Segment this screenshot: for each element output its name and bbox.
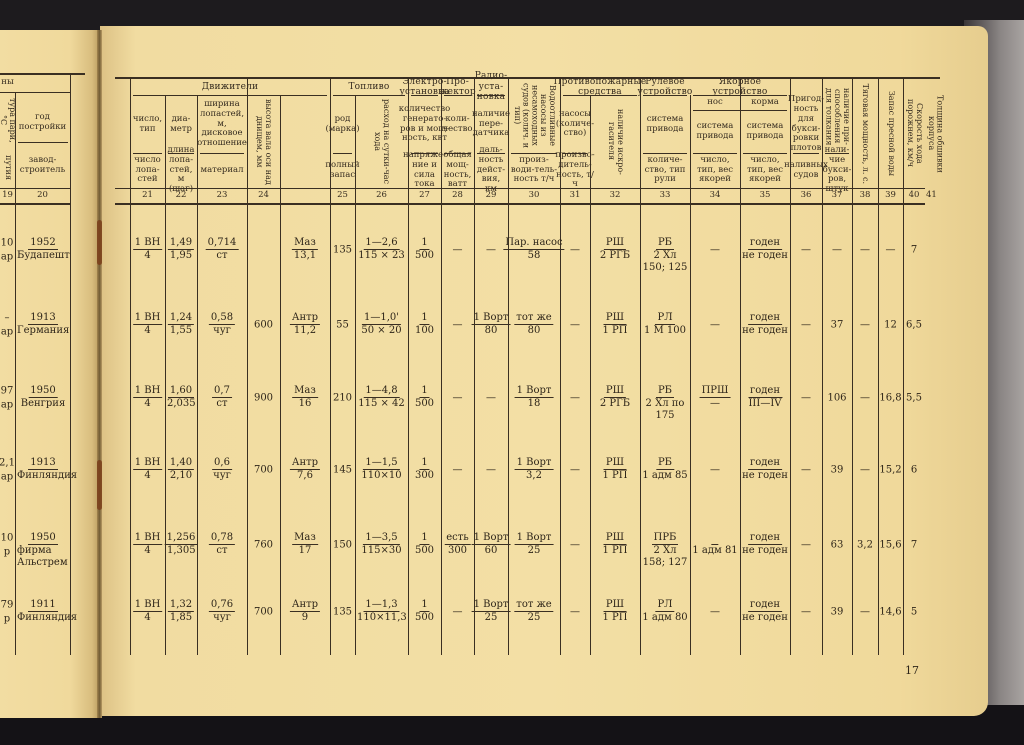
table-cell-c28: 1500 <box>413 599 436 624</box>
denominator: 1,85 <box>168 612 194 624</box>
group-header-electrical: Электро-установка <box>408 79 441 95</box>
column-header-27-top: количество генерато-ров и мощ-ность, квт <box>408 97 441 152</box>
numerator: 0,76 <box>209 599 235 612</box>
column-rule <box>852 77 853 655</box>
table-cell-c40: 15,2 <box>879 465 901 476</box>
table-cell-c26: 210 <box>333 393 352 404</box>
table-cell-c27: 1—3,5115×30 <box>359 532 403 557</box>
table-cell-c34: РЛ1 адм 80 <box>640 599 689 624</box>
numerator: РШ <box>604 599 626 612</box>
table-rule <box>511 153 557 154</box>
left-partial-value-top: – <box>5 313 10 324</box>
table-cell-c21: 1 ВН4 <box>133 385 163 410</box>
table-cell-c37: — <box>801 607 811 618</box>
numerator: ПРБ <box>652 532 679 545</box>
numerator: Пар. насос <box>503 237 564 250</box>
group-header-anchor-bow: нос <box>690 96 740 110</box>
table-cell-c38: 39 <box>831 465 844 476</box>
table-cell-c35: — <box>710 245 720 256</box>
column-rule <box>474 77 475 655</box>
table-cell-c32: — <box>570 320 580 331</box>
numerator: годен <box>748 312 782 325</box>
table-cell-c38: 39 <box>831 607 844 618</box>
build-year: 1950 <box>28 532 57 545</box>
denominator: 300 <box>446 545 469 557</box>
left-partial-header-bottom-text: путия <box>3 156 12 181</box>
table-cell-c32: — <box>570 393 580 404</box>
left-partial-header-top-text: тура пари, °C <box>0 95 16 145</box>
table-cell-c26: 150 <box>333 540 352 551</box>
column-header-37-bottom: нали-чие букси-ров, штук <box>822 155 852 186</box>
numerator: РШ <box>604 237 626 250</box>
numerator: годен <box>748 532 782 545</box>
denominator: 50 × 20 <box>359 325 403 337</box>
table-cell-c35: — <box>710 320 720 331</box>
table-rule <box>0 203 70 205</box>
column-rule <box>903 77 904 655</box>
column-number-27: 27 <box>408 188 441 203</box>
column-rule <box>822 77 823 655</box>
denominator: не годен <box>740 325 790 337</box>
column-number-20: 20 <box>15 189 70 203</box>
table-cell-c36: годенне годен <box>740 457 790 482</box>
numerator: РШ <box>604 385 626 398</box>
table-cell-c28: 1100 <box>413 312 436 337</box>
numerator: 1—1,3 <box>363 599 399 612</box>
numerator: 1 Ворт <box>472 599 511 612</box>
left-year-builder: 1913Германия <box>15 312 71 337</box>
denominator: чуг <box>211 470 233 482</box>
denominator: 500 <box>413 612 436 624</box>
table-cell-c22: 1,602,035 <box>165 385 197 410</box>
denominator: 115 × 23 <box>356 250 407 262</box>
table-cell-c25: Антр11,2 <box>290 312 320 337</box>
column-rule <box>508 77 509 655</box>
table-cell-c34: РБ2 Хл по 175 <box>640 385 690 421</box>
denominator: не годен <box>740 250 790 262</box>
table-cell-c28: 1500 <box>413 532 436 557</box>
numerator: годен <box>748 237 782 250</box>
table-cell-c40: 16,8 <box>879 393 901 404</box>
column-header-27-bottom: напряже-ние и сила тока <box>408 155 441 186</box>
numerator: 1,24 <box>168 312 194 325</box>
numerator: 0,714 <box>206 237 239 250</box>
numerator: годен <box>748 385 782 398</box>
group-header-engines: Движители <box>130 79 330 95</box>
builder: фирма Альстрем <box>15 545 71 569</box>
table-rule <box>333 95 405 96</box>
table-cell-c22: 1,241,55 <box>168 312 194 337</box>
denominator: 25 <box>483 612 500 624</box>
table-cell-c28: 1500 <box>413 385 436 410</box>
denominator: 2 Хл 150; 125 <box>640 250 690 274</box>
column-header-37-top-text: наличие при-способления для толкания <box>824 81 850 152</box>
table-cell-c37: — <box>801 320 811 331</box>
denominator: ст <box>214 250 229 262</box>
column-rule <box>408 77 409 655</box>
left-partial-value-top: 79 <box>1 600 14 611</box>
table-cell-c31: тот же80 <box>514 312 553 337</box>
table-cell-c25: Маз16 <box>292 385 318 410</box>
table-cell-c41: 5,5 <box>906 393 922 404</box>
numerator: 1,49 <box>168 237 194 250</box>
table-cell-c21: 1 ВН4 <box>133 599 163 624</box>
numerator: 1 Ворт <box>515 532 554 545</box>
column-rule <box>560 77 561 655</box>
table-cell-c24: 700 <box>254 465 273 476</box>
column-rule <box>280 95 281 655</box>
table-cell-c40: 15,6 <box>879 540 901 551</box>
table-cell-c23: 0,78ст <box>209 532 235 557</box>
table-rule <box>133 153 162 154</box>
table-rule <box>444 95 471 96</box>
column-number-36: 36 <box>790 188 822 203</box>
column-header-30-top-text: Водоотливные насосы из несамоходных судо… <box>512 79 556 152</box>
table-cell-c33: РШ1 РП <box>601 599 630 624</box>
numerator: 1 <box>419 457 429 470</box>
builder: Финляндия <box>15 612 71 624</box>
column-header-31-top: насосы (количе-ство) <box>560 97 590 152</box>
numerator: 1 ВН <box>133 385 163 398</box>
column-header-22-top: диа-метр <box>165 97 197 152</box>
table-cell-c21: 1 ВН4 <box>133 532 163 557</box>
table-cell-c26: 145 <box>333 465 352 476</box>
table-cell-c30: — <box>486 465 496 476</box>
left-year-builder: 1952Будапешт <box>15 237 71 262</box>
left-year-builder: 1950фирма Альстрем <box>15 532 71 568</box>
left-partial-value-bottom: ар <box>1 327 13 338</box>
column-number-31: 31 <box>560 188 590 203</box>
table-cell-c36: годенне годен <box>740 237 790 262</box>
table-cell-c23: 0,6чуг <box>211 457 233 482</box>
table-cell-c22: 1,2561,305 <box>165 532 198 557</box>
denominator: 1 РП <box>601 325 630 337</box>
table-rule <box>133 95 327 96</box>
table-cell-c40: 14,6 <box>879 607 901 618</box>
table-cell-c31: 1 Ворт3,2 <box>515 457 554 482</box>
denominator: 500 <box>413 545 436 557</box>
numerator: РЛ <box>655 599 674 612</box>
table-cell-c28: 1500 <box>413 237 436 262</box>
column-header-33-bottom: количе-ство, тип рули <box>640 155 690 186</box>
numerator: 1—2,6 <box>363 237 399 250</box>
column-header-35-top: система привода <box>740 112 790 152</box>
numerator: Маз <box>292 385 318 398</box>
table-cell-c31: 1 Ворт18 <box>515 385 554 410</box>
numerator: 1 Ворт <box>472 532 511 545</box>
binding-stain <box>97 220 102 265</box>
denominator: 500 <box>413 398 436 410</box>
table-cell-c33: РШ1 РП <box>601 532 630 557</box>
left-partial-value-top: 2,1 <box>0 458 15 469</box>
numerator: 0,58 <box>209 312 235 325</box>
numerator: 1 <box>419 532 429 545</box>
table-cell-c26: 135 <box>333 607 352 618</box>
column-header-34-bottom: число, тип, вес якорей <box>690 155 740 186</box>
table-cell-c23: 0,76чуг <box>209 599 235 624</box>
table-cell-c27: 1—2,6115 × 23 <box>356 237 407 262</box>
table-cell-c33: РШ2 РГБ <box>598 237 632 262</box>
table-cell-c29: — <box>453 320 463 331</box>
column-rule <box>878 77 879 655</box>
column-header-24-text: высота вала оси над днищем, мм <box>255 97 273 186</box>
table-cell-c27: 1—4,8115 × 42 <box>356 385 407 410</box>
denominator: 1 адм 80 <box>640 612 689 624</box>
table-cell-c37: — <box>801 540 811 551</box>
table-rule <box>115 203 925 205</box>
denominator: 80 <box>526 325 543 337</box>
column-header-41-text: Толщина обшивки корпуса <box>926 81 944 186</box>
table-cell-c30: — <box>486 393 496 404</box>
table-cell-c27: 1—1,5110×10 <box>359 457 403 482</box>
numerator <box>711 532 718 545</box>
table-cell-c29: — <box>453 393 463 404</box>
numerator: 1 Ворт <box>515 457 554 470</box>
table-cell-c32: — <box>570 607 580 618</box>
denominator: 4 <box>142 250 152 262</box>
column-header-31-bottom: произво-дитель-ность, т/ч <box>560 155 590 186</box>
table-cell-c34: РБ1 адм 85 <box>640 457 689 482</box>
table-cell-c32: — <box>570 540 580 551</box>
column-header-38-text: Тяговая мощность, л. с. <box>861 83 870 183</box>
left-partial-header-top: тура пари, °C <box>0 95 15 145</box>
column-header-21-top: число, тип <box>130 97 165 152</box>
denominator: 11,2 <box>292 325 318 337</box>
left-partial-value-top: 10 <box>1 238 14 249</box>
denominator: 115 × 42 <box>356 398 407 410</box>
table-cell-c22: 1,321,85 <box>168 599 194 624</box>
table-cell-c22: 1,491,95 <box>168 237 194 262</box>
denominator: 4 <box>142 545 152 557</box>
builder: Венгрия <box>19 398 68 410</box>
table-cell-c21: 1 ВН4 <box>133 457 163 482</box>
binding-stain <box>97 460 102 510</box>
table-cell-c23: 0,7ст <box>212 385 232 410</box>
table-cell-c29: — <box>453 465 463 476</box>
table-rule <box>333 153 352 154</box>
group-header-anchor-stern: корма <box>740 96 790 110</box>
numerator: РБ <box>656 237 674 250</box>
table-cell-c40: 12 <box>884 320 897 331</box>
column-rule <box>790 77 791 655</box>
denominator: 3,2 <box>524 470 544 482</box>
column-header-39-text: Запас пресной воды <box>886 91 895 176</box>
column-number-22: 22 <box>165 188 197 203</box>
column-header-36-top: Пригод-ность для букси-ровки плотов <box>790 97 822 152</box>
table-cell-c33: РШ1 РП <box>601 457 630 482</box>
column-header-26-text: расход на сутки-час хода <box>373 97 391 186</box>
table-rule <box>693 153 737 154</box>
numerator: РШ <box>604 532 626 545</box>
denominator: 1 РП <box>601 612 630 624</box>
table-cell-c30: 1 Ворт25 <box>472 599 511 624</box>
denominator: 2 Хл по 175 <box>640 398 690 422</box>
table-cell-c41: 7 <box>911 245 917 256</box>
group-header-fire: Противопожарные средства <box>560 79 640 95</box>
denominator: 1 РП <box>601 470 630 482</box>
column-header-24: высота вала оси над днищем, мм <box>247 97 280 186</box>
column-header-35-bottom: число, тип, вес якорей <box>740 155 790 186</box>
column-header-33-top: система привода <box>640 97 690 152</box>
group-header-radio: Радио-уста-новка <box>474 79 508 95</box>
column-number-30: 30 <box>508 188 560 203</box>
left-partial-value-bottom: р <box>4 547 10 558</box>
numerator: Антр <box>290 457 320 470</box>
column-rule <box>441 77 442 655</box>
numerator: 1 ВН <box>133 457 163 470</box>
table-rule <box>643 95 687 96</box>
column-rule <box>740 77 741 655</box>
column-header-25-top: род (марка) <box>330 97 355 152</box>
table-cell-c31: Пар. насос58 <box>503 237 564 262</box>
column-number-32: 32 <box>590 188 640 203</box>
table-cell-c41: 6,5 <box>906 320 922 331</box>
column-rule <box>247 95 248 655</box>
denominator: 115×30 <box>359 545 403 557</box>
table-cell-c35: ПРШ— <box>700 385 731 410</box>
column-header-29-top: наличие пере-датчика <box>474 97 508 152</box>
denominator: ст <box>214 545 229 557</box>
build-year: 1911 <box>28 599 57 612</box>
denominator: ст <box>214 398 229 410</box>
numerator: РШ <box>604 457 626 470</box>
table-cell-c40: — <box>886 245 896 256</box>
column-number-37: 37 <box>822 188 852 203</box>
book-spine <box>97 30 102 718</box>
numerator: РШ <box>604 312 626 325</box>
denominator: 110×10 <box>359 470 403 482</box>
numerator: ПРШ <box>700 385 731 398</box>
table-cell-c25: Маз13,1 <box>292 237 318 262</box>
denominator: 4 <box>142 325 152 337</box>
numerator: 1,40 <box>168 457 194 470</box>
table-cell-c27: 1—1,0'50 × 20 <box>359 312 403 337</box>
table-cell-c34: ПРБ2 Хл 158; 127 <box>640 532 690 568</box>
table-cell-c23: 0,714ст <box>206 237 239 262</box>
denominator: 2 РГБ <box>598 250 632 262</box>
denominator: 4 <box>142 470 152 482</box>
column-header-37-top: наличие при-способления для толкания <box>822 81 852 152</box>
group-header-projector: Про-жектор <box>441 79 474 95</box>
build-year: 1950 <box>28 385 57 398</box>
builder: Финляндия <box>15 470 71 482</box>
table-cell-c26: 55 <box>336 320 349 331</box>
table-rule <box>643 153 687 154</box>
column-number-38: 38 <box>852 188 878 203</box>
column-number-41: 41 <box>925 188 938 203</box>
left-header-fragment: ны <box>0 75 15 91</box>
denominator: 18 <box>526 398 543 410</box>
numerator: 1 ВН <box>133 532 163 545</box>
column-header-32-text: наличие искро-гасителя <box>606 97 624 186</box>
table-cell-c30: — <box>486 245 496 256</box>
builder: Германия <box>15 325 71 337</box>
numerator: РЛ <box>655 312 674 325</box>
column-number-34: 34 <box>690 188 740 203</box>
numerator: 1—1,5 <box>363 457 399 470</box>
column-number-40: 40 <box>903 188 925 203</box>
denominator: не годен <box>740 612 790 624</box>
column-rule <box>590 95 591 655</box>
numerator: Маз <box>292 237 318 250</box>
denominator: 4 <box>142 612 152 624</box>
column-header-25-bottom: полный запас <box>330 155 355 186</box>
column-header-22-bottom: длина лопа-стей, м (шаг) <box>165 155 197 186</box>
left-partial-value-top: 97 <box>1 386 14 397</box>
table-cell-c38: — <box>832 245 842 256</box>
table-cell-c31: 1 Ворт25 <box>515 532 554 557</box>
table-cell-c22: 1,402,10 <box>168 457 194 482</box>
table-cell-c39: — <box>860 465 870 476</box>
denominator: не годен <box>740 545 790 557</box>
numerator: РБ <box>656 457 674 470</box>
table-cell-c37: — <box>801 245 811 256</box>
denominator: 4 <box>142 398 152 410</box>
numerator: Антр <box>290 312 320 325</box>
denominator: 13,1 <box>292 250 318 262</box>
column-number-21: 21 <box>130 188 165 203</box>
denominator: III—IV <box>746 398 783 410</box>
table-cell-c37: — <box>801 393 811 404</box>
column-rule <box>247 77 248 95</box>
column-number-28: 28 <box>441 188 474 203</box>
table-cell-c32: — <box>570 465 580 476</box>
table-cell-c39: 3,2 <box>857 540 873 551</box>
denominator: не годен <box>740 470 790 482</box>
build-year: 1913 <box>28 312 57 325</box>
table-cell-c34: РБ2 Хл 150; 125 <box>640 237 690 273</box>
table-cell-c36: годенне годен <box>740 312 790 337</box>
table-cell-c29: — <box>453 245 463 256</box>
table-cell-c21: 1 ВН4 <box>133 237 163 262</box>
column-header-32: наличие искро-гасителя <box>590 97 640 186</box>
column-header-38: Тяговая мощность, л. с. <box>852 81 878 186</box>
column-header-28-bottom: общая мощ-ность, ватт <box>441 155 474 186</box>
table-cell-c29: — <box>453 607 463 618</box>
numerator: 1,60 <box>168 385 194 398</box>
numerator: Антр <box>290 599 320 612</box>
column-header-39: Запас пресной воды <box>878 81 903 186</box>
denominator: 1 адм 85 <box>640 470 689 482</box>
column-number-26: 26 <box>355 188 408 203</box>
denominator: 110×11,3 <box>355 612 408 624</box>
denominator: 25 <box>526 545 543 557</box>
table-cell-c23: 0,58чуг <box>209 312 235 337</box>
left-year-builder: 1913Финляндия <box>15 457 71 482</box>
numerator: 0,6 <box>212 457 232 470</box>
column-header-36-bottom: наливных судов <box>790 155 822 186</box>
group-header-fuel: Топливо <box>330 79 408 95</box>
table-cell-c25: Антр7,6 <box>290 457 320 482</box>
left-partial-value-bottom: ар <box>1 400 13 411</box>
numerator: 0,7 <box>212 385 232 398</box>
column-header-23-bottom: материал <box>197 155 247 186</box>
numerator: 1 Ворт <box>472 312 511 325</box>
numerator: 1—1,0' <box>362 312 401 325</box>
numerator: 1 <box>419 385 429 398</box>
numerator: 1 <box>419 599 429 612</box>
column-number-39: 39 <box>878 188 903 203</box>
table-cell-c21: 1 ВН4 <box>133 312 163 337</box>
numerator: 1 ВН <box>133 599 163 612</box>
build-year: 1952 <box>28 237 57 250</box>
table-rule <box>411 95 438 96</box>
build-year: 1913 <box>28 457 57 470</box>
table-cell-c36: годенIII—IV <box>746 385 783 410</box>
table-rule <box>743 153 787 154</box>
column-header-30-top: Водоотливные насосы из несамоходных судо… <box>508 79 560 152</box>
table-cell-c31: тот же25 <box>514 599 553 624</box>
